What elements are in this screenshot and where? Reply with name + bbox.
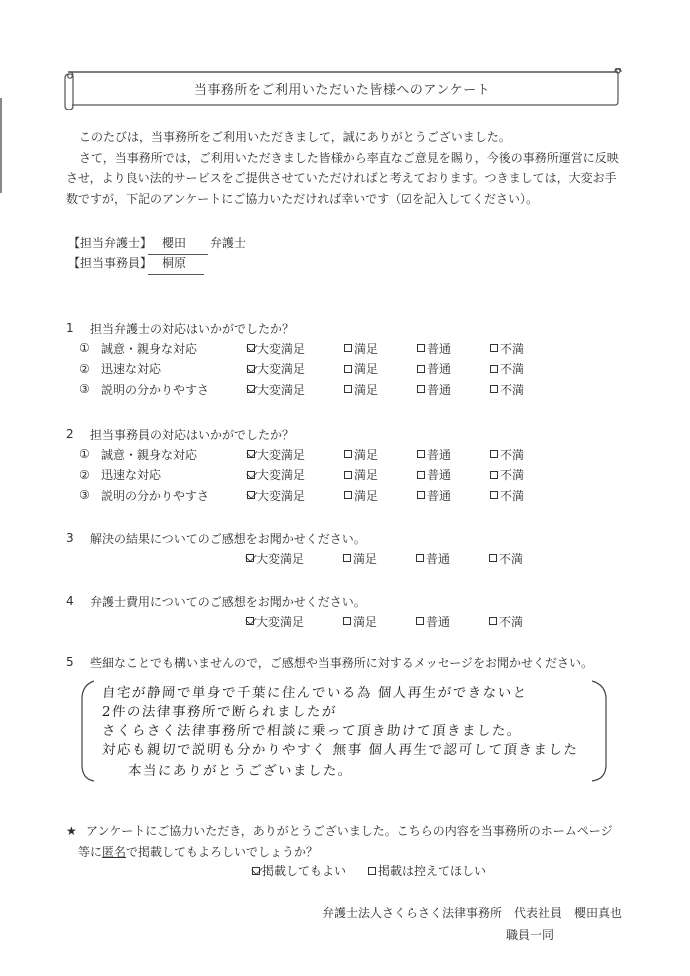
item-label: 迅速な対応 — [101, 360, 247, 377]
option-label: 満足 — [354, 381, 378, 398]
option-label: 大変満足 — [257, 381, 305, 398]
option-dissatisfied[interactable]: 不満 — [489, 550, 549, 567]
handwritten-line: 対応も親切で説明も分かりやすく 無事 個人再生で認可して頂きました — [101, 738, 579, 758]
checkbox-checked-icon[interactable] — [246, 554, 254, 562]
checkbox-icon[interactable] — [416, 554, 424, 562]
question-5: 5些細なことでも構いませんので，ご感想や当事務所に対するメッセージをお聞かせくだ… — [66, 652, 593, 672]
option-very-satisfied[interactable]: 大変満足 — [247, 487, 344, 504]
handwritten-line: 2件の法律事務所で断られましたが — [101, 700, 337, 720]
message-textarea[interactable]: 自宅が静岡で単身で千葉に住んでいる為 個人再生ができないと 2件の法律事務所で断… — [80, 679, 608, 781]
option-label: 不満 — [500, 466, 524, 483]
option-average[interactable]: 普通 — [417, 381, 490, 398]
option-very-satisfied[interactable]: 大変満足 — [247, 381, 344, 398]
item-label: 説明の分かりやすさ — [101, 381, 247, 398]
option-label: 普通 — [427, 360, 451, 377]
option-label: 満足 — [354, 360, 378, 377]
checkbox-icon[interactable] — [343, 554, 351, 562]
item-label: 誠意・親身な対応 — [101, 340, 247, 357]
question-title: 担当事務員の対応はいかがでしたか？ — [90, 426, 294, 443]
option-label: 普通 — [426, 613, 450, 630]
anonymous-underlined: 匿名 — [102, 843, 126, 860]
checkbox-icon[interactable] — [490, 385, 498, 393]
option-dissatisfied[interactable]: 不満 — [489, 613, 549, 630]
item-number: ① — [66, 447, 101, 461]
intro-line: 数ですが，下記のアンケートにご協力いただければ幸いです（☑を記入してください）。 — [66, 189, 626, 210]
intro-line: このたびは，当事務所をご利用いただきまして，誠にありがとうございました。 — [66, 127, 626, 148]
option-very-satisfied[interactable]: 大変満足 — [246, 550, 343, 567]
rating-row: ② 迅速な対応 大変満足 満足 普通 不満 — [66, 359, 550, 380]
checkbox-icon[interactable] — [490, 344, 498, 352]
option-average[interactable]: 普通 — [417, 360, 490, 377]
option-label: 満足 — [353, 550, 377, 567]
title-banner: 当事務所をご利用いただいた皆様へのアンケート — [62, 68, 622, 108]
question-title: 些細なことでも構いませんので，ご感想や当事務所に対するメッセージをお聞かせくださ… — [90, 654, 593, 671]
question-title: 解決の結果についてのご感想をお聞かせください。 — [90, 530, 366, 547]
checkbox-icon[interactable] — [417, 491, 425, 499]
option-label: 満足 — [354, 340, 378, 357]
checkbox-checked-icon[interactable] — [247, 491, 255, 499]
question-title: 担当弁護士の対応はいかがでしたか？ — [90, 320, 294, 337]
handwritten-line: 本当にありがとうございました。 — [127, 759, 353, 779]
option-label: 満足 — [354, 466, 378, 483]
option-label: 普通 — [427, 466, 451, 483]
publish-options: 掲載してもよい 掲載は控えてほしい — [252, 862, 508, 879]
option-label: 不満 — [500, 381, 524, 398]
question-number: 3 — [66, 531, 90, 545]
option-label: 掲載は控えてほしい — [378, 862, 486, 879]
lawyer-label: 【担当弁護士】 — [68, 233, 148, 254]
lawyer-name-field[interactable]: 櫻田 — [148, 233, 208, 255]
item-number: ② — [66, 362, 101, 376]
checkbox-checked-icon[interactable] — [247, 365, 255, 373]
option-label: 不満 — [500, 487, 524, 504]
option-satisfied[interactable]: 満足 — [344, 381, 417, 398]
option-label: 大変満足 — [257, 360, 305, 377]
staff-info: 【担当弁護士】 櫻田 弁護士 【担当事務員】 桐原 — [68, 233, 246, 273]
option-satisfied[interactable]: 満足 — [343, 550, 416, 567]
intro-line: さて，当事務所では，ご利用いただきました皆様から率直なご意見を賜り，今後の事務所… — [66, 148, 626, 169]
publish-question-post: で掲載してもよろしいでしょうか？ — [126, 843, 318, 860]
signature-staff: 職員一同 — [506, 926, 554, 943]
option-label: 大変満足 — [257, 446, 305, 463]
option-label: 大変満足 — [257, 340, 305, 357]
question-number: 1 — [66, 321, 90, 335]
question-number: 4 — [66, 594, 90, 608]
checkbox-icon[interactable] — [344, 385, 352, 393]
intro-paragraph: このたびは，当事務所をご利用いただきまして，誠にありがとうございました。 さて，… — [66, 127, 626, 209]
option-label: 不満 — [500, 360, 524, 377]
item-number: ② — [66, 468, 101, 482]
question-2: 2担当事務員の対応はいかがでしたか？ ① 誠意・親身な対応 大変満足 満足 普通… — [66, 424, 550, 506]
question-3: 3解決の結果についてのご感想をお聞かせください。 大変満足 満足 普通 不満 — [66, 528, 549, 568]
item-label: 誠意・親身な対応 — [101, 446, 247, 463]
option-dissatisfied[interactable]: 不満 — [490, 487, 550, 504]
option-label: 大変満足 — [256, 550, 304, 567]
option-label: 大変満足 — [257, 487, 305, 504]
option-satisfied[interactable]: 満足 — [344, 466, 417, 483]
checkbox-icon[interactable] — [489, 617, 497, 625]
checkbox-checked-icon[interactable] — [252, 867, 260, 875]
option-very-satisfied[interactable]: 大変満足 — [247, 360, 344, 377]
item-number: ③ — [66, 488, 101, 502]
checkbox-icon[interactable] — [344, 450, 352, 458]
option-label: 掲載してもよい — [262, 862, 346, 879]
option-average[interactable]: 普通 — [417, 487, 490, 504]
option-very-satisfied[interactable]: 大変満足 — [247, 466, 344, 483]
option-average[interactable]: 普通 — [416, 550, 489, 567]
option-label: 普通 — [427, 487, 451, 504]
question-number: 2 — [66, 427, 90, 441]
item-label: 説明の分かりやすさ — [101, 487, 247, 504]
rating-row: ① 誠意・親身な対応 大変満足 満足 普通 不満 — [66, 444, 550, 465]
handwritten-line: 自宅が静岡で単身で千葉に住んでいる為 個人再生ができないと — [101, 681, 528, 701]
option-publish-ok[interactable]: 掲載してもよい — [252, 862, 346, 879]
rating-row: ② 迅速な対応 大変満足 満足 普通 不満 — [66, 465, 550, 486]
option-label: 大変満足 — [257, 466, 305, 483]
publish-question-line1: アンケートにご協力いただき，ありがとうございました。こちらの内容を当事務所のホー… — [86, 822, 613, 839]
checkbox-icon[interactable] — [344, 471, 352, 479]
option-dissatisfied[interactable]: 不満 — [490, 466, 550, 483]
option-very-satisfied[interactable]: 大変満足 — [246, 613, 343, 630]
checkbox-checked-icon[interactable] — [246, 617, 254, 625]
rating-row: 大変満足 満足 普通 不満 — [66, 611, 549, 631]
option-average[interactable]: 普通 — [417, 446, 490, 463]
option-label: 満足 — [353, 613, 377, 630]
lawyer-suffix: 弁護士 — [210, 233, 246, 254]
checkbox-checked-icon[interactable] — [247, 450, 255, 458]
clerk-row: 【担当事務員】 桐原 — [68, 253, 246, 273]
option-label: 普通 — [427, 381, 451, 398]
option-label: 不満 — [499, 550, 523, 567]
question-4: 4弁護士費用についてのご感想をお聞かせください。 大変満足 満足 普通 不満 — [66, 591, 549, 631]
lawyer-row: 【担当弁護士】 櫻田 弁護士 — [68, 233, 246, 253]
question-1: 1担当弁護士の対応はいかがでしたか？ ① 誠意・親身な対応 大変満足 満足 普通… — [66, 318, 550, 400]
option-label: 普通 — [427, 446, 451, 463]
item-number: ③ — [66, 382, 101, 396]
checkbox-checked-icon[interactable] — [247, 385, 255, 393]
scan-edge-artifact — [0, 98, 2, 193]
checkbox-icon[interactable] — [490, 365, 498, 373]
checkbox-icon[interactable] — [490, 471, 498, 479]
option-average[interactable]: 普通 — [416, 613, 489, 630]
option-satisfied[interactable]: 満足 — [344, 360, 417, 377]
checkbox-icon[interactable] — [417, 344, 425, 352]
option-label: 不満 — [499, 613, 523, 630]
publish-consent: ★アンケートにご協力いただき，ありがとうございました。こちらの内容を当事務所のホ… — [66, 820, 613, 862]
option-label: 普通 — [426, 550, 450, 567]
option-satisfied[interactable]: 満足 — [344, 340, 417, 357]
checkbox-icon[interactable] — [490, 450, 498, 458]
option-label: 普通 — [427, 340, 451, 357]
star-icon: ★ — [66, 824, 86, 838]
option-label: 大変満足 — [256, 613, 304, 630]
option-dissatisfied[interactable]: 不満 — [490, 446, 550, 463]
checkbox-icon[interactable] — [417, 450, 425, 458]
option-dissatisfied[interactable]: 不満 — [490, 381, 550, 398]
checkbox-icon[interactable] — [490, 491, 498, 499]
option-satisfied[interactable]: 満足 — [344, 487, 417, 504]
handwritten-line: さくらさく法律事務所で相談に乗って頂き助けて頂きました。 — [101, 719, 522, 739]
option-label: 満足 — [354, 446, 378, 463]
checkbox-icon[interactable] — [489, 554, 497, 562]
option-publish-decline[interactable]: 掲載は控えてほしい — [368, 862, 486, 879]
option-dissatisfied[interactable]: 不満 — [490, 340, 550, 357]
rating-row: ① 誠意・親身な対応 大変満足 満足 普通 不満 — [66, 338, 550, 359]
checkbox-icon[interactable] — [416, 617, 424, 625]
publish-question-pre: 等に — [78, 843, 102, 860]
option-satisfied[interactable]: 満足 — [343, 613, 416, 630]
option-average[interactable]: 普通 — [417, 466, 490, 483]
checkbox-checked-icon[interactable] — [247, 344, 255, 352]
checkbox-icon[interactable] — [343, 617, 351, 625]
page-title: 当事務所をご利用いただいた皆様へのアンケート — [62, 79, 622, 98]
option-label: 不満 — [500, 446, 524, 463]
clerk-name-field[interactable]: 桐原 — [148, 253, 204, 275]
item-number: ① — [66, 341, 101, 355]
question-number: 5 — [66, 655, 90, 669]
checkbox-icon[interactable] — [417, 385, 425, 393]
option-average[interactable]: 普通 — [417, 340, 490, 357]
checkbox-checked-icon[interactable] — [247, 471, 255, 479]
option-very-satisfied[interactable]: 大変満足 — [247, 340, 344, 357]
option-very-satisfied[interactable]: 大変満足 — [247, 446, 344, 463]
checkbox-icon[interactable] — [417, 471, 425, 479]
rating-row: 大変満足 満足 普通 不満 — [66, 548, 549, 568]
checkbox-icon[interactable] — [368, 867, 376, 875]
rating-row: ③ 説明の分かりやすさ 大変満足 満足 普通 不満 — [66, 485, 550, 506]
checkbox-icon[interactable] — [344, 491, 352, 499]
checkbox-icon[interactable] — [417, 365, 425, 373]
signature-firm: 弁護士法人さくらさく法律事務所 代表社員 櫻田真也 — [322, 904, 622, 921]
option-satisfied[interactable]: 満足 — [344, 446, 417, 463]
checkbox-icon[interactable] — [344, 365, 352, 373]
checkbox-icon[interactable] — [344, 344, 352, 352]
option-dissatisfied[interactable]: 不満 — [490, 360, 550, 377]
intro-line: させ，より良い法的サービスをご提供させていただければと考えております。つきまして… — [66, 168, 626, 189]
clerk-label: 【担当事務員】 — [68, 253, 148, 274]
option-label: 不満 — [500, 340, 524, 357]
question-title: 弁護士費用についてのご感想をお聞かせください。 — [90, 593, 366, 610]
rating-row: ③ 説明の分かりやすさ 大変満足 満足 普通 不満 — [66, 379, 550, 400]
option-label: 満足 — [354, 487, 378, 504]
item-label: 迅速な対応 — [101, 466, 247, 483]
